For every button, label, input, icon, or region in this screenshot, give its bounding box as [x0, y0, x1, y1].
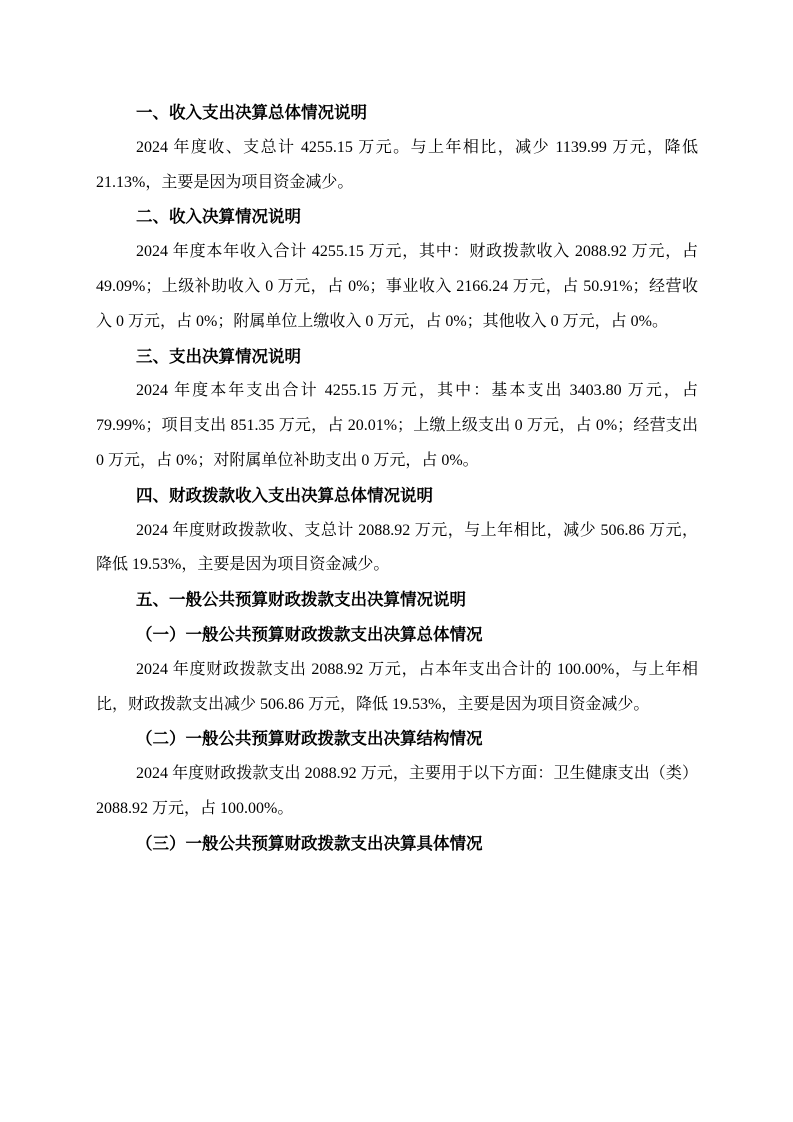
subsection-5-2: （二）一般公共预算财政拨款支出决算结构情况 2024 年度财政拨款支出 2088…	[96, 722, 698, 826]
subsection-5-1: （一）一般公共预算财政拨款支出决算总体情况 2024 年度财政拨款支出 2088…	[96, 618, 698, 722]
section-3-paragraph: 2024 年度本年支出合计 4255.15 万元，其中：基本支出 3403.80…	[96, 374, 698, 478]
section-income-final-accounts: 二、收入决算情况说明 2024 年度本年收入合计 4255.15 万元，其中：财…	[96, 200, 698, 339]
subsection-5-1-heading: （一）一般公共预算财政拨款支出决算总体情况	[96, 618, 698, 653]
subsection-5-2-heading: （二）一般公共预算财政拨款支出决算结构情况	[96, 722, 698, 757]
section-public-budget-expenditure: 五、一般公共预算财政拨款支出决算情况说明 （一）一般公共预算财政拨款支出决算总体…	[96, 583, 698, 861]
section-2-paragraph: 2024 年度本年收入合计 4255.15 万元，其中：财政拨款收入 2088.…	[96, 235, 698, 339]
subsection-5-3-heading: （三）一般公共预算财政拨款支出决算具体情况	[96, 827, 698, 862]
document-page: 一、收入支出决算总体情况说明 2024 年度收、支总计 4255.15 万元。与…	[0, 0, 793, 1122]
subsection-5-3: （三）一般公共预算财政拨款支出决算具体情况	[96, 827, 698, 862]
section-income-expenditure-overview: 一、收入支出决算总体情况说明 2024 年度收、支总计 4255.15 万元。与…	[96, 96, 698, 200]
section-4-heading: 四、财政拨款收入支出决算总体情况说明	[96, 479, 698, 514]
section-1-paragraph: 2024 年度收、支总计 4255.15 万元。与上年相比，减少 1139.99…	[96, 131, 698, 201]
section-3-heading: 三、支出决算情况说明	[96, 340, 698, 375]
section-1-heading: 一、收入支出决算总体情况说明	[96, 96, 698, 131]
section-expenditure-final-accounts: 三、支出决算情况说明 2024 年度本年支出合计 4255.15 万元，其中：基…	[96, 340, 698, 479]
subsection-5-2-paragraph: 2024 年度财政拨款支出 2088.92 万元，主要用于以下方面：卫生健康支出…	[96, 757, 698, 827]
subsection-5-1-paragraph: 2024 年度财政拨款支出 2088.92 万元，占本年支出合计的 100.00…	[96, 653, 698, 723]
section-2-heading: 二、收入决算情况说明	[96, 200, 698, 235]
section-4-paragraph: 2024 年度财政拨款收、支总计 2088.92 万元，与上年相比，减少 506…	[96, 514, 698, 584]
section-5-heading: 五、一般公共预算财政拨款支出决算情况说明	[96, 583, 698, 618]
section-fiscal-appropriation-overview: 四、财政拨款收入支出决算总体情况说明 2024 年度财政拨款收、支总计 2088…	[96, 479, 698, 583]
